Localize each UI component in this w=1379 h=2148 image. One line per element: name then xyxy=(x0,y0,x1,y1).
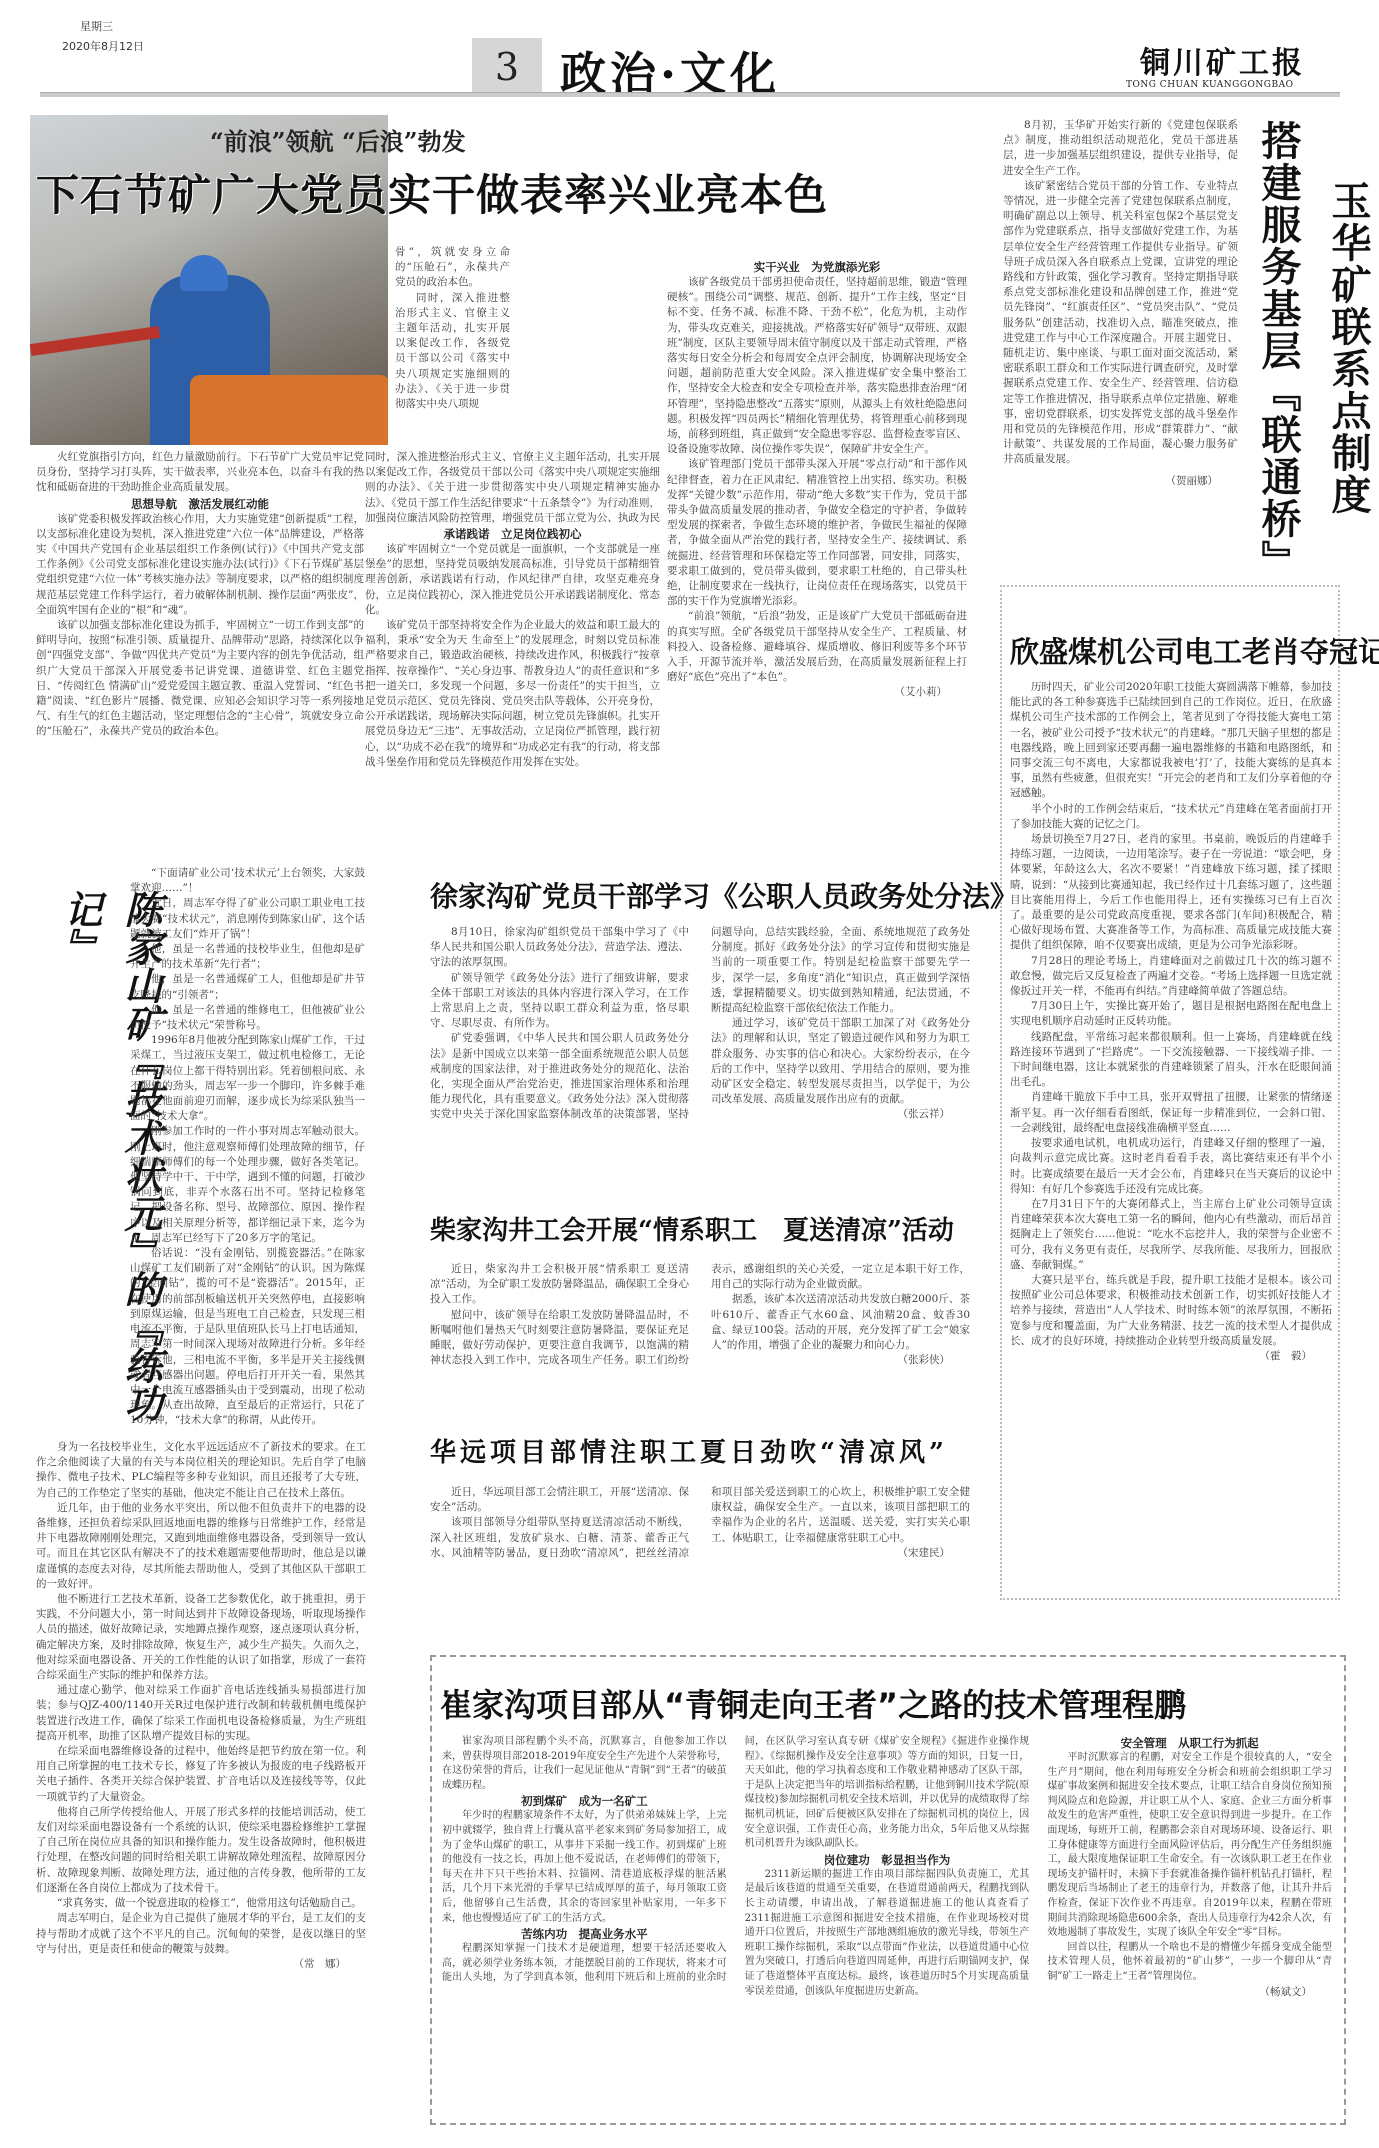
xinsheng-title: 欣盛煤机公司电工老肖夺冠记 xyxy=(1010,630,1379,671)
yuhua-byline: （贺丽娜） xyxy=(1003,474,1238,489)
lead-p7: 该矿管理部门党员干部带头深入开展“零点行动”和干部作风纪律督查，着力在正风肃纪、… xyxy=(667,457,967,609)
xujiagou-p: 通过学习，该矿党员干部职工加深了对《政务处分法》的理解和认识，坚定了锻造过硬作风… xyxy=(711,1016,970,1107)
xinsheng-p: 历时四天，矿业公司2020年职工技能大赛圆满落下帷幕，参加技能比武的各工种参赛选… xyxy=(1010,680,1332,802)
cuijiagou-p1: 年少时的程鹏家境条件不太好，为了供弟弟妹妹上学，上完初中就辍学，独自背上行囊从富… xyxy=(442,1809,727,1926)
photo-helmet xyxy=(180,255,228,291)
page-number-badge: 3 xyxy=(472,38,542,96)
chenjiashan-p: 近日，周志军夺得了矿业公司职工职业电工技能大赛“技术状元”，消息刚传到陈家山矿，… xyxy=(130,896,365,942)
huayuan-byline: （宋建民） xyxy=(711,1546,970,1561)
issue-date: 2020年8月12日 xyxy=(62,38,144,54)
lead-p2-tail: 骨”，筑就安身立命的“压舱石”，永葆共产党员的政治本色。 xyxy=(395,245,510,291)
xinsheng-p: 在7月31日下午的大赛闭幕式上，当主席台上矿业公司领导宣读肖建峰荣获本次大赛电工… xyxy=(1010,1197,1332,1273)
cuijiagou-subhead-2: 苦练内功 提高业务水平 xyxy=(442,1926,727,1942)
xinsheng-p: 大赛只是平台，练兵就是手段，提升职工技能才是根本。该公司按照矿业公司总体要求，积… xyxy=(1010,1273,1332,1349)
chenjiashan-p: 刚参加工作时的一件小事对周志军触动很大。刚上班时，他注意观察师傅们处理故障的细节… xyxy=(130,1124,365,1246)
cuijiagou-subhead-1: 初到煤矿 成为一名矿工 xyxy=(442,1793,727,1809)
chenjiashan-p: 身为一名技校毕业生，文化水平远远适应不了新技术的要求。在工作之余他阅读了大量的有… xyxy=(36,1440,366,1501)
lead-p6: 该矿各级党员干部勇担使命责任，坚持超前思维，锻造“管理硬核”。围绕公司“调整、规… xyxy=(667,275,967,457)
chenjiashan-p: 他不断进行工艺技术革新，设备工艺参数优化，敢于挑重担，勇于实践，不分问题大小，第… xyxy=(36,1592,366,1683)
cuijiagou-byline: （畅斌文） xyxy=(1047,1985,1332,2000)
lead-p8: “前浪”领航，“后浪”勃发，正是该矿广大党员干部砥砺奋进的真实写照。全矿各级党员… xyxy=(667,609,967,685)
xinsheng-p: 7月28日的理论考场上，肖建峰面对之前做过几十次的练习题不敢怠慢，做完后又反复检… xyxy=(1010,954,1332,1000)
lead-col-right-of-photo: 骨”，筑就安身立命的“压舱石”，永葆共产党员的政治本色。 同时，深入推进整治形式… xyxy=(395,245,510,412)
chaijiagou-byline: （张彩侠） xyxy=(711,1353,970,1368)
chenjiashan-p: 他，虽是一名普通煤矿工人，但他却是矿井节支降耗的“引领者”； xyxy=(130,972,365,1002)
weekday: 星期三 xyxy=(80,18,113,34)
chenjiashan-byline: （常 娜） xyxy=(36,1957,366,1972)
paper-pinyin: TONG CHUAN KUANGGONGBAO xyxy=(1126,80,1293,90)
chenjiashan-body-wide: 身为一名技校毕业生，文化水平远远适应不了新技术的要求。在工作之余他阅读了大量的有… xyxy=(36,1440,366,1972)
chenjiashan-p: 在综采面电器维修设备的过程中，他始终是把节约放在第一位。利用自己所掌握的电工技术… xyxy=(36,1744,366,1805)
yuhua-title-main: 玉华矿联系点制度 xyxy=(1320,180,1377,516)
chaijiagou-title: 柴家沟井工会开展“情系职工 夏送清凉”活动 xyxy=(430,1210,954,1247)
lead-p2: 该矿以加强支部标准化建设为抓手，牢固树立“一切工作到支部”的鲜明导向，按照“标准… xyxy=(36,618,364,740)
lead-col2: 同时，深入推进整治形式主义、官僚主义主题年活动，扎实开展以案促改工作，各级党员干… xyxy=(365,450,660,770)
xinsheng-p: 半个小时的工作例会结束后，“技术状元”肖建峰在笔者面前打开了参加技能大赛的记忆之… xyxy=(1010,802,1332,832)
xujiagou-p: 矿领导领学《政务处分法》进行了细致讲解，要求全体干部职工对该法的具体内容进行深入… xyxy=(430,971,689,1032)
xinsheng-p: 肖建峰干脆放下手中工具，张开双臂扭了扭腰，让紧张的情绪逐渐平复。再一次仔细看看图… xyxy=(1010,1090,1332,1136)
masthead-rule xyxy=(40,92,1340,97)
lead-p3: 同时，深入推进整治形式主义、官僚主义主题年活动，扎实开展以案促改工作，各级党员干… xyxy=(365,450,660,526)
xujiagou-body: 8月10日，徐家沟矿组织党员干部集中学习了《中华人民共和国公职人员政务处分法》，… xyxy=(430,925,970,1123)
xinsheng-p: 场景切换至7月27日，老肖的家里。书桌前，晚饭后的肖建峰手持练习题，一边阅读，一… xyxy=(1010,832,1332,954)
xinsheng-byline: （霍 毅） xyxy=(1010,1349,1332,1364)
lead-intro: 火红党旗指引方向，红色力量激励前行。下石节矿广大党员牢记党员身份，坚持学习打头阵… xyxy=(36,450,364,496)
chenjiashan-p: 他，虽是一名普通的维修电工，但他被矿业公司授予“技术状元”荣誉称号。 xyxy=(130,1003,365,1033)
lead-p1: 该矿党委积极发挥政治核心作用，大力实施党建“创新提质”工程，以支部标准化建设为契… xyxy=(36,512,364,618)
cuijiagou-body: 崔家沟项目部程鹏个头不高，沉默寡言，自他参加工作以来，曾获得项目部2018-20… xyxy=(442,1735,1332,1999)
yuhua-body: 8月初，玉华矿开始实行新的《党建包保联系点》制度，推动组织活动规范化，党员干部进… xyxy=(1003,118,1238,489)
lead-p3-start: 同时，深入推进整治形式主义、官僚主义主题年活动，扎实开展以案促改工作，各级党员干… xyxy=(395,291,510,413)
chenjiashan-p: 他，虽是一名普通的技校毕业生，但他却是矿井生产的技术革新“先行者”； xyxy=(130,942,365,972)
xujiagou-byline: （张云祥） xyxy=(711,1107,970,1122)
xujiagou-p: 8月10日，徐家沟矿组织党员干部集中学习了《中华人民共和国公职人员政务处分法》，… xyxy=(430,925,689,971)
photo-orange-machine xyxy=(190,375,388,445)
chenjiashan-p: “求真务实，做一个锐意进取的检修工”，他常用这句话勉励自己。 xyxy=(36,1896,366,1911)
xinsheng-p: 7月30日上午，实操比赛开始了，题目是根据电路图在配电盘上实现电机顺序启动延时正… xyxy=(1010,999,1332,1029)
cuijiagou-p5: 回首以往，程鹏从一个啥也不是的懵懂少年摇身变成全能型技术管理人员，他怀着最初的“… xyxy=(1047,1941,1332,1985)
cuijiagou-p3: 2311新运顺的掘进工作由项目部综掘四队负责施工，尤其是最后该巷道的贯通至关重要… xyxy=(745,1868,1030,1999)
lead-title: 下石节矿广大党员实干做表率兴业亮本色 xyxy=(36,162,828,223)
lead-subhead-3: 实干兴业 为党旗添光彩 xyxy=(667,259,967,275)
yuhua-title-sub: 搭建服务基层『联通桥』 xyxy=(1250,120,1307,582)
huayuan-p: 近日，华远项目部工会情注职工，开展“送清凉、保安全”活动。 xyxy=(430,1485,689,1515)
chenjiashan-p: 俗话说：“没有金刚钻，别揽瓷器活。”在陈家山煤矿工友们刷新了对“金刚钻”的认识。… xyxy=(130,1246,365,1428)
chenjiashan-p: “下面请矿业公司‘技术状元’上台领奖，大家鼓掌欢迎……”！ xyxy=(130,866,365,896)
lead-p5: 该矿党员干部坚持将安全作为企业最大的效益和职工最大的福利，秉承“安全为天 生命至… xyxy=(365,618,660,770)
yuhua-p1: 8月初，玉华矿开始实行新的《党建包保联系点》制度，推动组织活动规范化，党员干部进… xyxy=(1003,118,1238,179)
lead-col3: 实干兴业 为党旗添光彩 该矿各级党员干部勇担使命责任，坚持超前思维，锻造“管理硬… xyxy=(667,245,967,701)
xujiagou-title: 徐家沟矿党员干部学习《公职人员政务处分法》 xyxy=(430,875,1018,915)
chaijiagou-p: 近日，柴家沟井工会积极开展“情系职工 夏送清凉”活动，为全矿职工发放防暑降温品，… xyxy=(430,1262,689,1308)
lead-byline: （艾小莉） xyxy=(667,685,967,700)
huayuan-title: 华远项目部情注职工夏日劲吹“清凉风” xyxy=(430,1432,948,1469)
chenjiashan-p: 通过虚心勤学，他对综采工作面扩音电话连线插头易损部进行加装；参与QJZ-400/… xyxy=(36,1683,366,1744)
masthead: 星期三 2020年8月12日 3 政治·文化 铜川矿工报 TONG CHUAN … xyxy=(0,0,1379,100)
paper-name: 铜川矿工报 xyxy=(1140,38,1305,82)
lead-subhead-1: 思想导航 激活发展红动能 xyxy=(36,496,364,512)
cuijiagou-intro: 崔家沟项目部程鹏个头不高，沉默寡言，自他参加工作以来，曾获得项目部2018-20… xyxy=(442,1735,727,1793)
chaijiagou-p: 据悉，该矿本次送清凉活动共发放白糖2000斤、茶叶610斤、藿香正气水60盒、风… xyxy=(711,1292,970,1353)
cuijiagou-subhead-4: 安全管理 从职工行为抓起 xyxy=(1047,1735,1332,1751)
cuijiagou-title: 崔家沟项目部从“青铜走向王者”之路的技术管理程鹏 xyxy=(440,1680,1186,1726)
xinsheng-body: 历时四天，矿业公司2020年职工技能大赛圆满落下帷幕，参加技能比武的各工种参赛选… xyxy=(1010,680,1332,1364)
lead-p4: 该矿牢固树立“一个党员就是一面旗帜，一个支部就是一座堡垒”的思想，坚持党员吸纳发… xyxy=(365,542,660,618)
cuijiagou-p4: 平时沉默寡言的程鹏，对安全工作是个很较真的人，“安全生产月”期间，他在利用每班安… xyxy=(1047,1751,1332,1941)
chenjiashan-p: 周志军明白，是企业为自己提供了施展才华的平台，是工友们的支持与帮助才成就了这个不… xyxy=(36,1911,366,1957)
lead-subhead-2: 承诺践诺 立足岗位践初心 xyxy=(365,526,660,542)
chaijiagou-body: 近日，柴家沟井工会积极开展“情系职工 夏送清凉”活动，为全矿职工发放防暑降温品，… xyxy=(430,1262,970,1368)
chenjiashan-body-narrow: “下面请矿业公司‘技术状元’上台领奖，大家鼓掌欢迎……”！ 近日，周志军夺得了矿… xyxy=(130,866,365,1436)
cuijiagou-subhead-3: 岗位建功 彰显担当作为 xyxy=(745,1852,1030,1868)
chenjiashan-p: 近几年，由于他的业务水平突出，所以他不但负责井下的电器的设备维修，还担负着综采队… xyxy=(36,1501,366,1592)
yuhua-p2: 该矿紧密结合党员干部的分管工作、专业特点等情况，进一步健全完善了党建包保联系点制… xyxy=(1003,179,1238,468)
chenjiashan-p: 他将自己所学传授给他人，开展了形式多样的技能培训活动，使工友们对综采面电器设备有… xyxy=(36,1805,366,1896)
photo-red-frame xyxy=(30,326,160,356)
xinsheng-p: 线路配盘，平常练习起来都很顺利。但一上赛场，肖建峰就在线路连接环节遇到了“拦路虎… xyxy=(1010,1030,1332,1091)
lead-col1: 火红党旗指引方向，红色力量激励前行。下石节矿广大党员牢记党员身份，坚持学习打头阵… xyxy=(36,450,364,740)
huayuan-body: 近日，华远项目部工会情注职工，开展“送清凉、保安全”活动。 该项目部领导分组带队… xyxy=(430,1485,970,1561)
xinsheng-p: 按要求通电试机，电机成功运行，肖建峰又仔细的整理了一遍，向裁判示意完成比赛。这时… xyxy=(1010,1136,1332,1197)
lead-kicker: “前浪”领航 “后浪”勃发 xyxy=(210,122,466,157)
chenjiashan-p: 1996年8月他被分配到陈家山煤矿工作，干过采煤工，当过液压支架工，做过机电检修… xyxy=(130,1033,365,1124)
